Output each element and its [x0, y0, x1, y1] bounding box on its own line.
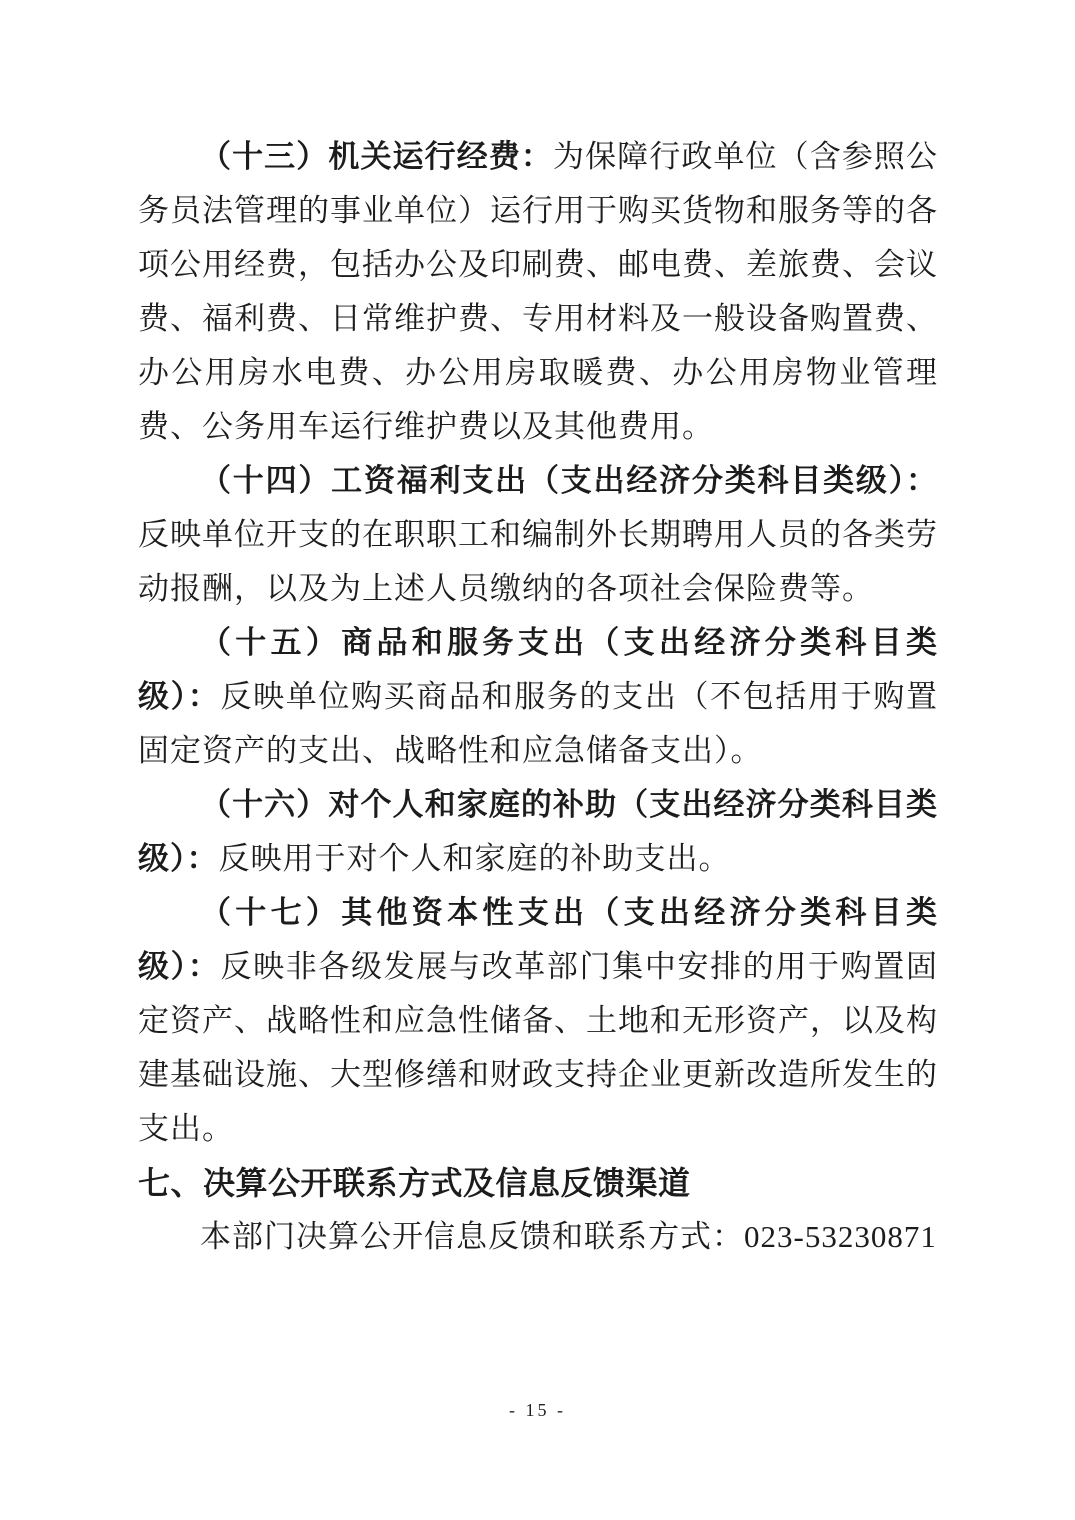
paragraph-text-13: 为保障行政单位（含参照公务员法管理的事业单位）运行用于购买货物和服务等的各项公用…: [138, 139, 938, 444]
paragraph-item-13: （十三）机关运行经费：为保障行政单位（含参照公务员法管理的事业单位）运行用于购买…: [138, 130, 938, 454]
page-number: - 15 -: [0, 1400, 1075, 1421]
paragraph-item-17: （十七）其他资本性支出（支出经济分类科目类级）：反映非各级发展与改革部门集中安排…: [138, 886, 938, 1156]
document-body: （十三）机关运行经费：为保障行政单位（含参照公务员法管理的事业单位）运行用于购买…: [138, 130, 938, 1264]
paragraph-item-16: （十六）对个人和家庭的补助（支出经济分类科目类级）：反映用于对个人和家庭的补助支…: [138, 778, 938, 886]
paragraph-item-14: （十四）工资福利支出（支出经济分类科目类级）：反映单位开支的在职职工和编制外长期…: [138, 454, 938, 616]
paragraph-text-15: 反映单位购买商品和服务的支出（不包括用于购置固定资产的支出、战略性和应急储备支出…: [138, 679, 938, 768]
section-heading: 七、决算公开联系方式及信息反馈渠道: [138, 1156, 938, 1210]
paragraph-item-15: （十五）商品和服务支出（支出经济分类科目类级）：反映单位购买商品和服务的支出（不…: [138, 616, 938, 778]
paragraph-lead-14: （十四）工资福利支出（支出经济分类科目类级）：: [200, 463, 938, 498]
contact-line: 本部门决算公开信息反馈和联系方式：023-53230871: [138, 1210, 938, 1264]
document-page: （十三）机关运行经费：为保障行政单位（含参照公务员法管理的事业单位）运行用于购买…: [0, 0, 1075, 1520]
paragraph-lead-13: （十三）机关运行经费：: [200, 139, 553, 174]
paragraph-text-16: 反映用于对个人和家庭的补助支出。: [219, 841, 731, 876]
paragraph-text-14: 反映单位开支的在职职工和编制外长期聘用人员的各类劳动报酬，以及为上述人员缴纳的各…: [138, 517, 938, 606]
paragraph-text-17: 反映非各级发展与改革部门集中安排的用于购置固定资产、战略性和应急性储备、土地和无…: [138, 949, 938, 1146]
